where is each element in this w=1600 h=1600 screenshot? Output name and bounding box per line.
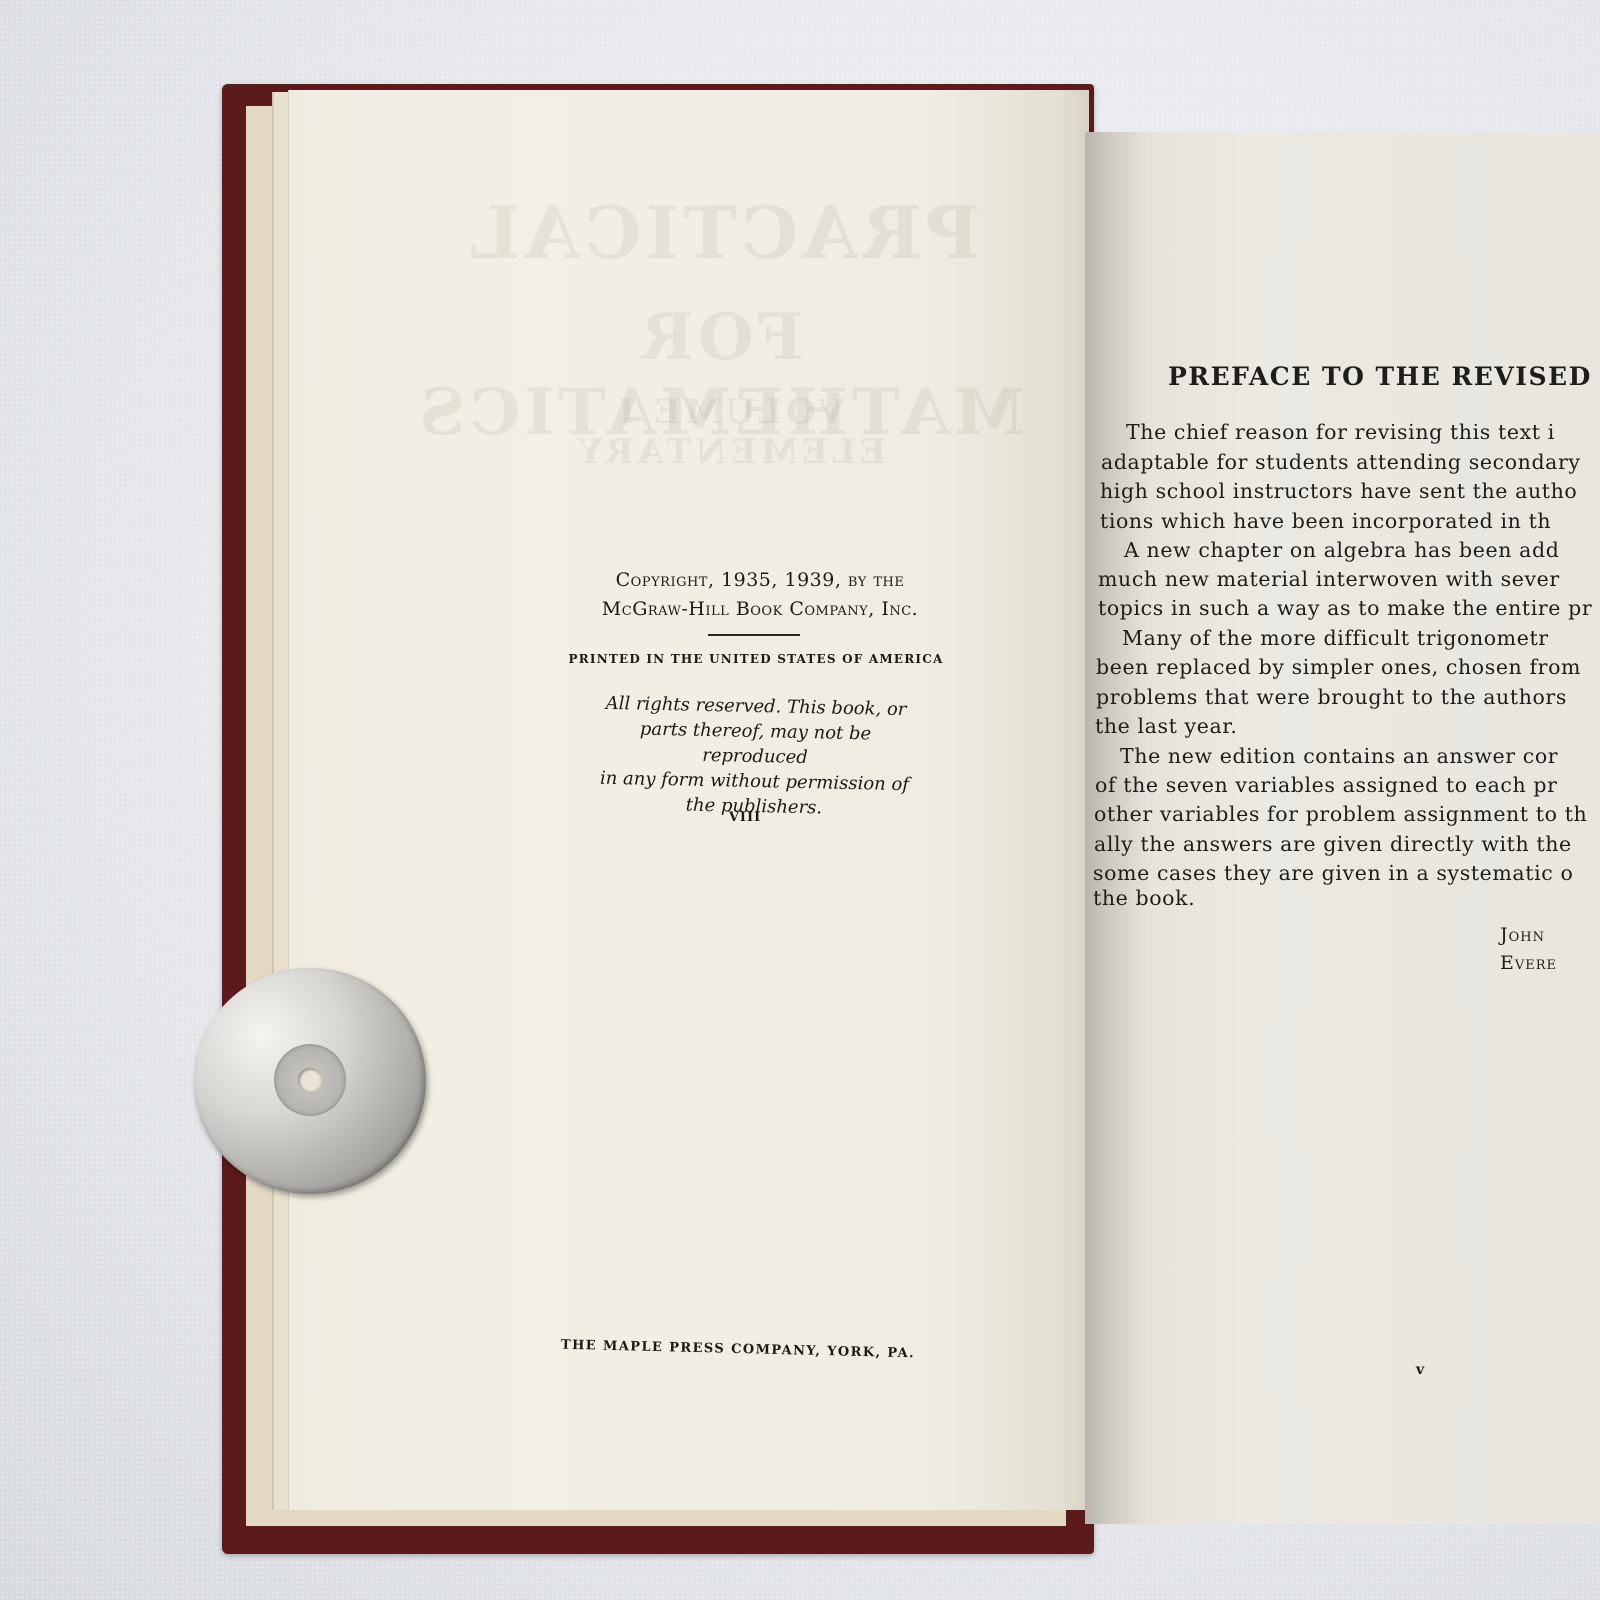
right-page [1085,132,1600,1524]
preface-line: some cases they are given in a systemati… [1093,861,1573,885]
preface-line: tions which have been incorporated in th [1100,509,1551,533]
printed-in-line: Printed in the United States of America [546,652,966,666]
rights-notice: All rights reserved. This book, or parts… [589,691,922,823]
divider-rule [708,634,800,636]
preface-line: problems that were brought to the author… [1096,685,1567,709]
page-numeral-right: v [1416,1362,1424,1378]
preface-line: the book. [1093,886,1195,910]
magnet-hole [298,1068,322,1092]
signature-line: Evere [1500,952,1557,974]
preface-line: ally the answers are given directly with… [1094,832,1572,856]
preface-line: A new chapter on algebra has been add [1124,538,1559,562]
signature-line: John [1500,924,1545,946]
copyright-notice: Copyright, 1935, 1939, by the McGraw-Hil… [560,566,960,624]
preface-line: high school instructors have sent the au… [1100,479,1577,503]
preface-line: The new edition contains an answer cor [1120,744,1558,768]
preface-line: been replaced by simpler ones, chosen fr… [1096,655,1581,679]
publisher-line: McGraw-Hill Book Company, Inc. [560,595,960,624]
preface-line: The chief reason for revising this text … [1126,420,1555,444]
preface-line: Many of the more difficult trigonometr [1122,626,1549,650]
preface-title: PREFACE TO THE REVISED [1168,362,1592,391]
ghost-title-line: PRACTICAL [480,190,980,275]
preface-line: much new material interwoven with sever [1098,567,1560,591]
preface-line: topics in such a way as to make the enti… [1098,596,1592,620]
magnet-disc [194,968,426,1194]
preface-line: adaptable for students attending seconda… [1101,450,1581,474]
copyright-line: Copyright, 1935, 1939, by the [560,566,960,595]
preface-line: the last year. [1095,714,1238,738]
preface-line: other variables for problem assignment t… [1094,802,1587,826]
rights-line: parts thereof, may not be reproduced [590,716,921,773]
page-numeral-left: VIII [710,810,780,825]
preface-line: of the seven variables assigned to each … [1095,773,1558,797]
ghost-title-line: VOLUME I ELEMENTARY [480,392,980,472]
